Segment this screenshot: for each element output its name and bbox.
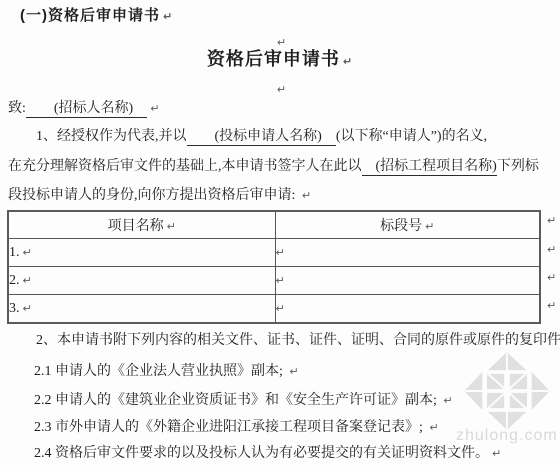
pilcrow-icon: ↵ <box>150 102 159 115</box>
pilcrow-icon: ↵ <box>276 302 285 315</box>
paragraph-text: 段投标申请人的身份,向你方提出资格后审申请: <box>8 188 299 203</box>
pilcrow-icon: ↵ <box>425 220 434 233</box>
table-row: 1.↵ ↵ <box>8 239 540 267</box>
pilcrow-icon: ↵ <box>547 271 556 284</box>
paragraph-line: 段投标申请人的身份,向你方提出资格后审申请: ↵ <box>8 186 311 206</box>
pilcrow-icon: ↵ <box>302 189 311 202</box>
document-title-text: 资格后审申请书 <box>207 49 340 69</box>
salutation-text: 致: (招标人名称) <box>8 101 147 118</box>
table-header-row: 项目名称↵ 标段号↵ <box>8 211 540 239</box>
watermark-text: zhulong.com <box>456 427 558 445</box>
pilcrow-icon: ↵ <box>343 55 353 68</box>
section-number-cell: ↵ <box>275 295 540 324</box>
row-label: 2. <box>9 273 20 288</box>
list-item-text: 2.4 资格后审文件要求的以及投标人认为有必要提交的有关证明资料文件。 <box>34 446 489 461</box>
pilcrow-icon: ↵ <box>163 10 173 23</box>
document-title: 资格后审申请书↵ <box>0 49 560 72</box>
section-heading: (一)资格后审申请书↵ <box>20 6 173 27</box>
empty-paragraph: ↵ <box>0 80 560 100</box>
row-label: 1. <box>9 245 20 260</box>
pilcrow-icon: ↵ <box>547 214 556 227</box>
list-item: 2.3 市外申请人的《外籍企业进阳江承接工程项目备案登记表》; ↵ <box>34 418 439 438</box>
pilcrow-icon: ↵ <box>492 447 501 460</box>
paragraph-line: 在充分理解资格后审文件的基础上,本申请书签字人在此以 (招标工程项目名称)下列标 <box>8 157 539 177</box>
paragraph-line: 1、经授权作为代表,并以 (投标申请人名称) (以下称“申请人”)的名义, <box>8 127 487 147</box>
header-text: 标段号 <box>380 219 422 234</box>
pilcrow-icon: ↵ <box>547 243 556 256</box>
table-header-project-name: 项目名称↵ <box>8 211 275 239</box>
section-number-cell: ↵ <box>275 239 540 267</box>
list-item: 2.4 资格后审文件要求的以及投标人认为有必要提交的有关证明资料文件。↵ <box>34 444 501 464</box>
pilcrow-icon: ↵ <box>276 274 285 287</box>
header-text: 项目名称 <box>108 219 164 234</box>
list-item: 2.2 申请人的《建筑业企业资质证书》和《安全生产许可证》副本; ↵ <box>34 391 453 411</box>
attachments-intro-text: 2、本申请书附下列内容的相关文件、证书、证件、证明、合同的原件或原件的复印件: <box>36 333 560 348</box>
table-row: 2.↵ ↵ <box>8 267 540 295</box>
pilcrow-icon: ↵ <box>23 246 32 259</box>
table-row: 3.↵ ↵ <box>8 295 540 324</box>
list-item-text: 2.3 市外申请人的《外籍企业进阳江承接工程项目备案登记表》; <box>34 420 426 435</box>
list-item: 2.1 申请人的《企业法人营业执照》副本; ↵ <box>34 362 299 382</box>
salutation-line: 致: (招标人名称) ↵ <box>8 99 159 119</box>
paragraph-text: 在充分理解资格后审文件的基础上,本申请书签字人在此以 (招标工程项目名称)下列标 <box>8 159 539 176</box>
pilcrow-icon: ↵ <box>443 394 452 407</box>
project-name-cell: 2.↵ <box>8 267 275 295</box>
pilcrow-icon: ↵ <box>289 365 298 378</box>
pilcrow-icon: ↵ <box>167 220 176 233</box>
section-number-cell: ↵ <box>275 267 540 295</box>
zhulong-logo-icon <box>464 352 550 430</box>
list-item-text: 2.2 申请人的《建筑业企业资质证书》和《安全生产许可证》副本; <box>34 393 440 408</box>
pilcrow-icon: ↵ <box>277 36 286 49</box>
row-label: 3. <box>9 301 20 316</box>
section-heading-text: (一)资格后审申请书 <box>20 7 160 24</box>
paragraph-text: 1、经授权作为代表,并以 (投标申请人名称) (以下称“申请人”)的名义, <box>36 129 487 146</box>
pilcrow-icon: ↵ <box>23 302 32 315</box>
project-name-cell: 1.↵ <box>8 239 275 267</box>
pilcrow-icon: ↵ <box>23 274 32 287</box>
project-name-cell: 3.↵ <box>8 295 275 324</box>
pilcrow-icon: ↵ <box>276 246 285 259</box>
pilcrow-icon: ↵ <box>547 299 556 312</box>
attachments-intro: 2、本申请书附下列内容的相关文件、证书、证件、证明、合同的原件或原件的复印件:↵ <box>8 331 560 351</box>
document-page: (一)资格后审申请书↵ ↵ 资格后审申请书↵ ↵ 致: (招标人名称) ↵ 1、… <box>0 0 560 465</box>
bid-sections-table: 项目名称↵ 标段号↵ 1.↵ ↵ 2.↵ ↵ 3.↵ <box>7 210 541 324</box>
pilcrow-icon: ↵ <box>429 421 438 434</box>
pilcrow-icon: ↵ <box>277 83 286 96</box>
watermark: zhulong.com <box>464 352 550 430</box>
table-header-section-number: 标段号↵ <box>275 211 540 239</box>
list-item-text: 2.1 申请人的《企业法人营业执照》副本; <box>34 364 286 379</box>
